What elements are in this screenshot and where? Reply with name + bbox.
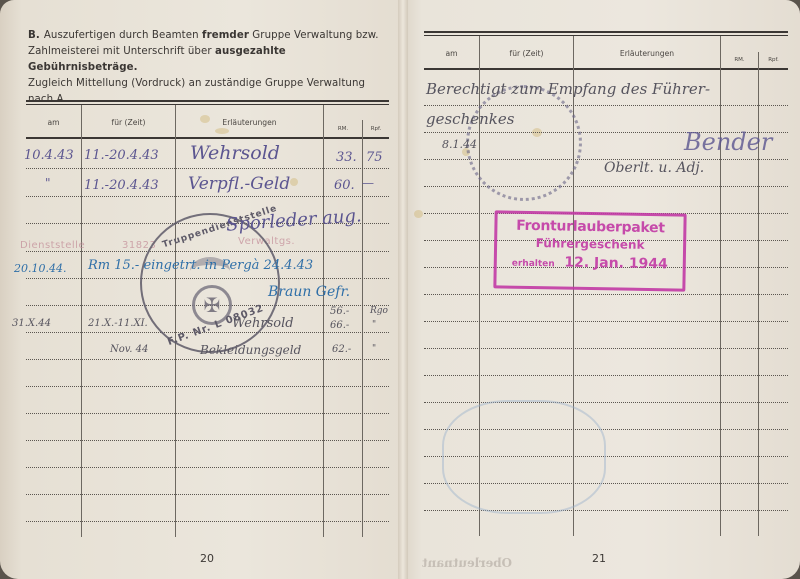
row-rule — [424, 294, 788, 295]
row-rule — [26, 440, 389, 441]
row2-rm: 60. — [334, 178, 355, 193]
entitlement-line1: Berechtigt zum Empfang des Führer- — [426, 80, 710, 98]
column-header-am: am — [26, 118, 81, 127]
column-divider — [323, 105, 324, 537]
row7-rm: 62.- — [332, 344, 351, 355]
stain — [290, 178, 298, 186]
instruction-line1a: Auszufertigen durch Beamten — [44, 30, 202, 41]
officer-signature: Bender — [684, 128, 772, 156]
row6-fuer-zeit: 21.X.-11.XI. — [88, 318, 148, 329]
column-header-fuer-zeit: für (Zeit) — [82, 118, 175, 127]
row-rule — [26, 196, 389, 197]
row2-erlaeuterungen: Verpfl.-Geld — [188, 174, 290, 194]
column-header-rpf: Rpf. — [759, 57, 788, 63]
column-divider — [720, 36, 721, 536]
instruction-line2a: Zahlmeisterei mit Unterschrift über — [28, 46, 215, 57]
column-header-erlaeuterungen: Erläuterungen — [176, 118, 323, 127]
row-rule — [26, 521, 389, 522]
entitlement-date: 8.1.44 — [442, 138, 477, 151]
row-rule — [26, 413, 389, 414]
row7-rpf: " — [372, 344, 376, 354]
column-header-rpf: Rpf. — [363, 126, 389, 132]
column-header-fuer-zeit: für (Zeit) — [480, 49, 573, 58]
row2-fuer-zeit: 11.-20.4.43 — [84, 178, 159, 193]
row6-rm: 66.- — [330, 320, 349, 331]
fuehrergeschenk-stamp: Fronturlauberpaket Führergeschenk erhalt… — [493, 210, 686, 291]
instruction-line3: Zugleich Mittellung (Vordruck) an zustän… — [28, 78, 365, 89]
row1-rpf: 75 — [366, 150, 383, 165]
row5-rm: 56.- — [330, 306, 349, 317]
row-rule — [26, 359, 389, 360]
row2-am: " — [45, 176, 51, 190]
faint-blue-offset-stamp — [442, 400, 606, 514]
row-rule — [26, 386, 389, 387]
instruction-line1b: Gruppe Verwaltung bzw. — [249, 30, 379, 41]
row-rule — [424, 348, 788, 349]
row-rule — [424, 186, 788, 187]
stain — [215, 128, 229, 134]
row2-rpf: — — [362, 176, 374, 190]
red-stamp-dienststelle: Dienststelle — [20, 240, 85, 251]
paymaster-signature: Sporleder aug. — [225, 205, 362, 235]
faint-mirror-text: Oberleutnant — [422, 556, 512, 570]
column-header-am: am — [424, 49, 479, 58]
stain — [414, 210, 423, 218]
officer-rank: Oberlt. u. Adj. — [604, 160, 704, 176]
row1-am: 10.4.43 — [24, 148, 74, 163]
page-number-20: 20 — [200, 552, 214, 565]
faint-round-stamp — [466, 85, 582, 201]
row6-erlaeuterungen: Wehrsold — [232, 316, 294, 331]
row1-rm: 33. — [336, 150, 357, 165]
instruction-bold-fremder: fremder — [202, 30, 249, 41]
header-top-rule — [424, 31, 788, 33]
stamp-prefix: erhalten — [512, 259, 555, 270]
book-gutter — [398, 0, 408, 579]
header-top-rule — [26, 100, 389, 102]
row7-erlaeuterungen: Bekleidungsgeld — [200, 343, 301, 357]
row-rule — [424, 375, 788, 376]
row-rule — [26, 467, 389, 468]
row-rule — [424, 321, 788, 322]
column-header-rm: RM. — [324, 126, 362, 132]
instruction-text: B.Auszufertigen durch Beamten fremder Gr… — [28, 28, 388, 108]
row1-fuer-zeit: 11.-20.4.43 — [84, 148, 159, 163]
row6-rpf: " — [372, 320, 376, 330]
page-number-21: 21 — [592, 552, 606, 565]
row4-am: 20.10.44. — [14, 262, 66, 275]
left-page: B.Auszufertigen durch Beamten fremder Gr… — [0, 0, 402, 579]
right-page: am für (Zeit) Erläuterungen RM. Rpf. Ber… — [402, 0, 800, 579]
row-rule — [424, 402, 788, 403]
column-header-erlaeuterungen: Erläuterungen — [574, 49, 720, 58]
row-rule — [26, 168, 389, 169]
row4-note: Rm 15.- eingetrt. in Pergà 24.4.43 — [88, 258, 313, 273]
column-header-rm: RM. — [721, 57, 758, 63]
row5-rpf: Rgo — [370, 306, 388, 316]
row6-am: 31.X.44 — [12, 318, 51, 329]
row-rule — [424, 510, 788, 511]
stamp-date: 12. Jan. 1944 — [564, 255, 668, 273]
row5-signature: Braun Gefr. — [268, 284, 350, 300]
row1-erlaeuterungen: Wehrsold — [190, 142, 280, 164]
entitlement-line2: geschenkes — [426, 110, 514, 128]
stamp-line1: Fronturlauberpaket — [497, 217, 683, 236]
section-letter: B. — [28, 30, 40, 41]
column-divider — [81, 105, 82, 537]
row-rule — [26, 494, 389, 495]
row7-fuer-zeit: Nov. 44 — [110, 344, 148, 355]
